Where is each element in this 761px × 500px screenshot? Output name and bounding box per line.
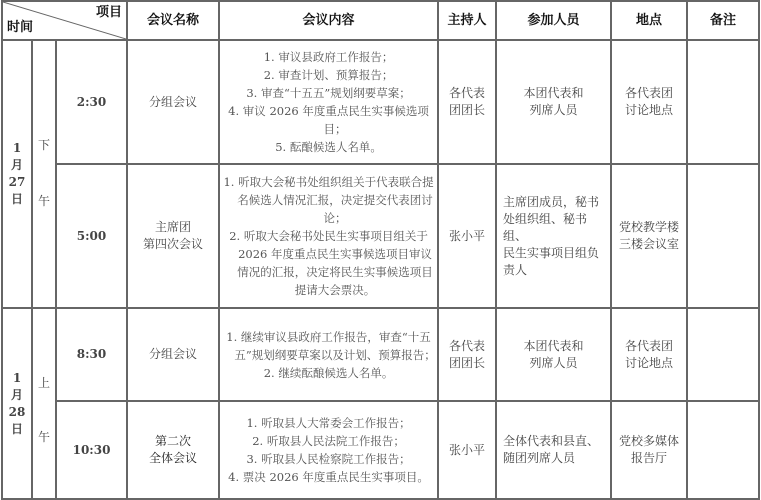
table-row: 5:00 主席团 第四次会议 1. 听取大会秘书处组织组关于代表联合提名候选人情…: [2, 164, 759, 308]
content-item: 1. 听取县人大常委会工作报告；: [220, 414, 437, 432]
meeting-name: 第四次会议: [128, 236, 218, 253]
attendees-cell: 本团代表和 列席人员: [496, 40, 611, 164]
header-row: 项目 时间 会议名称 会议内容 主持人 参加人员 地点 备注: [2, 1, 759, 40]
header-meeting-content: 会议内容: [219, 1, 438, 40]
date-text: 日: [3, 191, 31, 208]
header-attendees: 参加人员: [496, 1, 611, 40]
date-text: 28: [3, 404, 31, 421]
period-text: 下: [33, 137, 55, 154]
host-cell: 各代表 团团长: [438, 40, 496, 164]
attendees-cell: 主席团成员，秘书 处组织组、秘书组、 民生实事项目组负 责人: [496, 164, 611, 308]
meeting-name: 主席团: [128, 219, 218, 236]
content-item: 2. 审查计划、预算报告；: [220, 66, 437, 84]
date-cell: 1 月 28 日: [2, 308, 32, 499]
date-text: 日: [3, 421, 31, 438]
notes-cell: [687, 308, 759, 401]
location-text: 党校教学楼: [612, 219, 686, 236]
table-row: 1 月 28 日 上 午 8:30 分组会议 1. 继续审议县政府工作报告，审查…: [2, 308, 759, 401]
attendees-text: 全体代表和县直、: [503, 433, 610, 450]
attendees-text: 处组织组、秘书组、: [503, 211, 610, 245]
meeting-name: 分组会议: [128, 94, 218, 111]
host-text: 各代表: [439, 85, 495, 102]
notes-cell: [687, 164, 759, 308]
location-cell: 各代表团 讨论地点: [611, 40, 687, 164]
date-text: 1: [3, 370, 31, 387]
content-item: 4. 审议 2026 年度重点民生实事候选项目；: [220, 102, 437, 138]
time-cell: 5:00: [56, 164, 127, 308]
table-row: 10:30 第二次 全体会议 1. 听取县人大常委会工作报告； 2. 听取县人民…: [2, 401, 759, 499]
content-item: 5. 酝酿候选人名单。: [220, 138, 437, 156]
location-text: 报告厅: [612, 450, 686, 467]
header-meeting-name: 会议名称: [127, 1, 219, 40]
attendees-text: 民生实事项目组负: [503, 245, 610, 262]
attendees-cell: 本团代表和 列席人员: [496, 308, 611, 401]
meeting-content-cell: 1. 继续审议县政府工作报告，审查“十五五”规划纲要草案以及计划、预算报告； 2…: [219, 308, 438, 401]
meeting-name-cell: 分组会议: [127, 308, 219, 401]
period-cell: 上 午: [32, 308, 56, 499]
location-text: 三楼会议室: [612, 236, 686, 253]
host-cell: 张小平: [438, 401, 496, 499]
host-cell: 各代表 团团长: [438, 308, 496, 401]
host-text: 团团长: [439, 102, 495, 119]
header-item-label: 项目: [96, 4, 122, 21]
host-cell: 张小平: [438, 164, 496, 308]
meeting-name: 分组会议: [128, 346, 218, 363]
attendees-cell: 全体代表和县直、 随团列席人员: [496, 401, 611, 499]
period-text: 午: [33, 193, 55, 210]
location-text: 党校多媒体: [612, 433, 686, 450]
host-text: 张小平: [439, 228, 495, 245]
content-item: 4. 票决 2026 年度重点民生实事项目。: [220, 468, 437, 486]
time-cell: 2:30: [56, 40, 127, 164]
header-notes: 备注: [687, 1, 759, 40]
host-text: 张小平: [439, 442, 495, 459]
content-item: 3. 听取县人民检察院工作报告；: [220, 450, 437, 468]
location-text: 各代表团: [612, 338, 686, 355]
time-cell: 8:30: [56, 308, 127, 401]
meeting-content-cell: 1. 听取县人大常委会工作报告； 2. 听取县人民法院工作报告； 3. 听取县人…: [219, 401, 438, 499]
meeting-content-cell: 1. 审议县政府工作报告； 2. 审查计划、预算报告； 3. 审查“十五五”规划…: [219, 40, 438, 164]
header-time-label: 时间: [7, 19, 33, 36]
content-item: 1. 听取大会秘书处组织组关于代表联合提名候选人情况汇报，决定提交代表团讨论；: [220, 173, 437, 227]
period-text: 上: [33, 375, 55, 392]
header-corner-cell: 项目 时间: [2, 1, 127, 40]
meeting-name-cell: 第二次 全体会议: [127, 401, 219, 499]
location-cell: 党校多媒体 报告厅: [611, 401, 687, 499]
content-item: 3. 审查“十五五”规划纲要草案；: [220, 84, 437, 102]
meeting-name-cell: 分组会议: [127, 40, 219, 164]
notes-cell: [687, 40, 759, 164]
meeting-schedule-table: 项目 时间 会议名称 会议内容 主持人 参加人员 地点 备注 1 月 27 日 …: [1, 0, 760, 500]
header-location: 地点: [611, 1, 687, 40]
content-item: 1. 审议县政府工作报告；: [220, 48, 437, 66]
content-item: 2. 继续酝酿候选人名单。: [220, 364, 437, 382]
attendees-text: 列席人员: [497, 355, 610, 372]
date-cell: 1 月 27 日: [2, 40, 32, 308]
attendees-text: 本团代表和: [497, 85, 610, 102]
attendees-text: 主席团成员，秘书: [503, 194, 610, 211]
location-text: 讨论地点: [612, 102, 686, 119]
period-text: 午: [33, 429, 55, 446]
location-cell: 各代表团 讨论地点: [611, 308, 687, 401]
content-item: 2. 听取大会秘书处民生实事项目组关于 2026 年度重点民生实事候选项目审议情…: [220, 227, 437, 299]
attendees-text: 随团列席人员: [503, 450, 610, 467]
host-text: 各代表: [439, 338, 495, 355]
table-row: 1 月 27 日 下 午 2:30 分组会议 1. 审议县政府工作报告； 2. …: [2, 40, 759, 164]
attendees-text: 本团代表和: [497, 338, 610, 355]
attendees-text: 列席人员: [497, 102, 610, 119]
attendees-text: 责人: [503, 262, 610, 279]
date-text: 27: [3, 174, 31, 191]
time-cell: 10:30: [56, 401, 127, 499]
header-host: 主持人: [438, 1, 496, 40]
meeting-name-cell: 主席团 第四次会议: [127, 164, 219, 308]
location-text: 各代表团: [612, 85, 686, 102]
notes-cell: [687, 401, 759, 499]
period-cell: 下 午: [32, 40, 56, 308]
meeting-name: 全体会议: [128, 450, 218, 467]
meeting-name: 第二次: [128, 433, 218, 450]
date-text: 1: [3, 140, 31, 157]
date-text: 月: [3, 157, 31, 174]
content-item: 1. 继续审议县政府工作报告，审查“十五五”规划纲要草案以及计划、预算报告；: [220, 328, 437, 364]
location-cell: 党校教学楼 三楼会议室: [611, 164, 687, 308]
content-item: 2. 听取县人民法院工作报告；: [220, 432, 437, 450]
date-text: 月: [3, 387, 31, 404]
meeting-content-cell: 1. 听取大会秘书处组织组关于代表联合提名候选人情况汇报，决定提交代表团讨论； …: [219, 164, 438, 308]
host-text: 团团长: [439, 355, 495, 372]
location-text: 讨论地点: [612, 355, 686, 372]
